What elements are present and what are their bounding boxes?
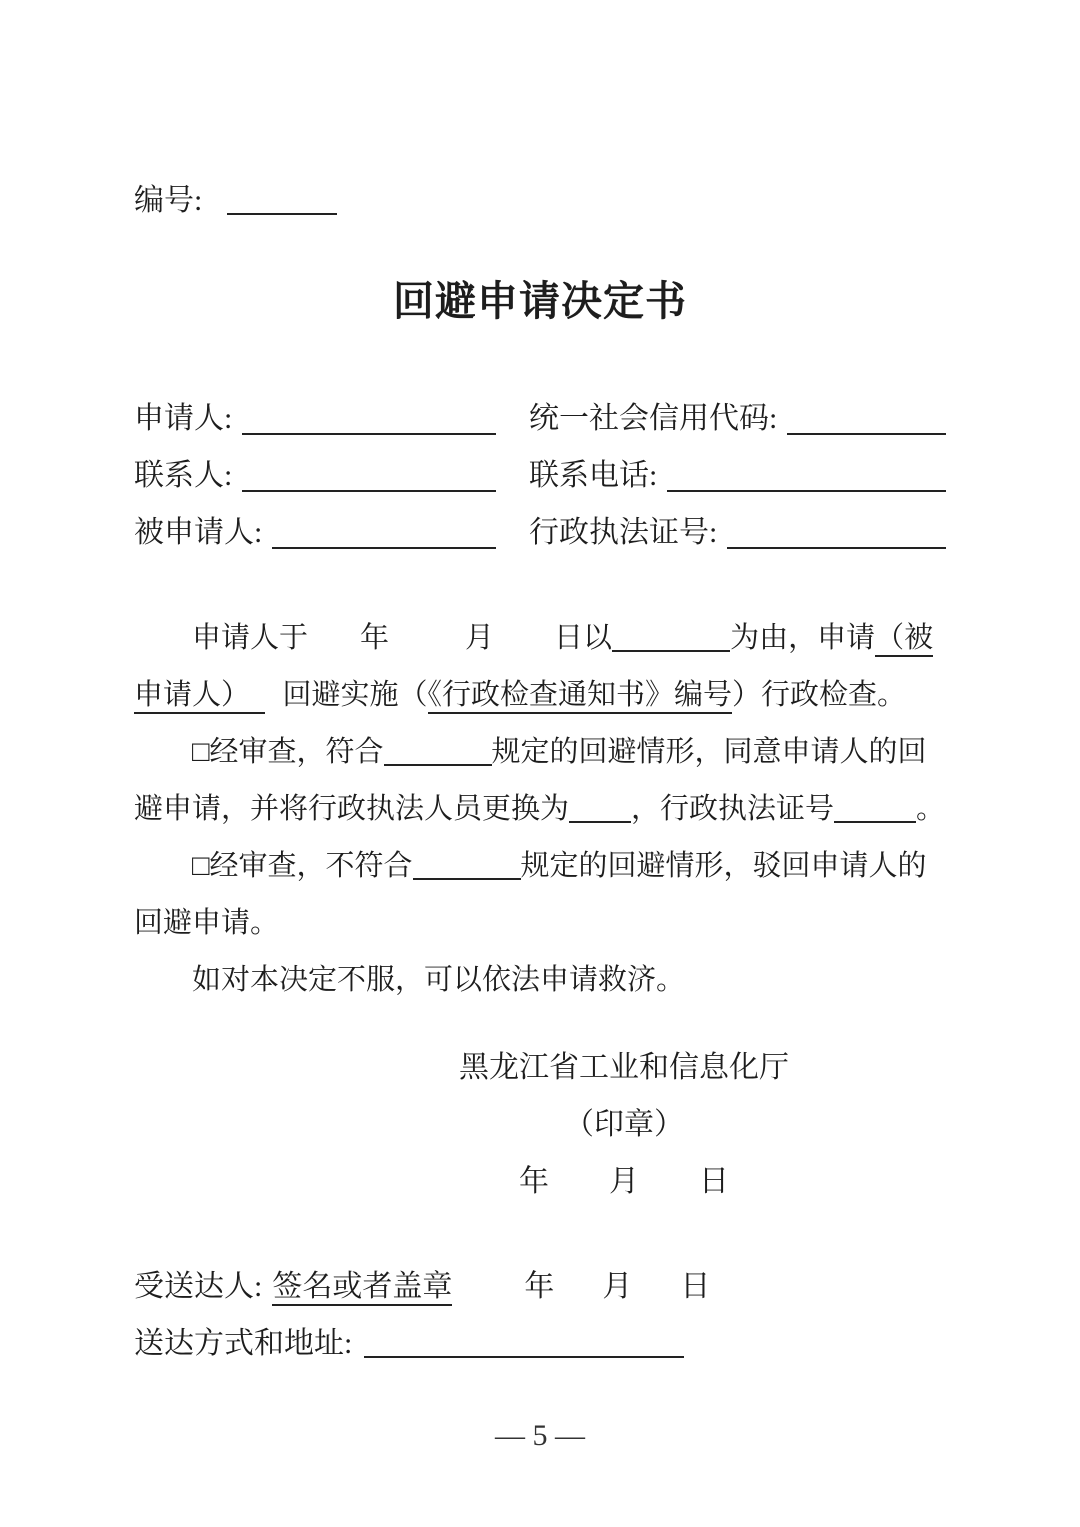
signature-block: 黑龙江省工业和信息化厅 （印章） 年 月 日 — [454, 1039, 794, 1210]
field-label: 联系人: — [134, 451, 232, 501]
body-line: 申请人） 回避实施（《行政检查通知书》编号）行政检查。 — [134, 667, 946, 724]
checkbox-icon: □ — [192, 850, 210, 882]
text-run: 月 — [465, 622, 494, 654]
field-underline — [727, 547, 946, 549]
checkbox-icon: □ — [192, 736, 210, 768]
doc-number-line: 编号: — [134, 183, 946, 219]
text-run: 申请人于 — [192, 622, 308, 654]
field-label: 统一社会信用代码: — [529, 394, 777, 444]
underlined-text: 签名或者盖章 — [272, 1270, 452, 1306]
header-fields: 申请人: 统一社会信用代码: 联系人: 联系电话: 被申请人: — [134, 387, 946, 558]
text-run: ，行政执法证号 — [631, 793, 834, 825]
text-run: 月 — [602, 1270, 632, 1303]
blank-underline — [834, 792, 916, 823]
underlined-text: （被 — [875, 622, 933, 657]
field-enforcement-cert: 行政执法证号: — [529, 508, 946, 558]
field-contact-phone: 联系电话: — [529, 451, 946, 501]
text-run: 规定的回避情形，驳回申请人的 — [521, 850, 927, 882]
issuing-agency: 黑龙江省工业和信息化厅 — [454, 1039, 794, 1096]
field-underline — [242, 433, 496, 435]
text-run: 年 — [524, 1270, 554, 1303]
field-underline — [272, 547, 496, 549]
text-run: 避申请，并将行政执法人员更换为 — [134, 793, 569, 825]
underlined-text: 《行政检查通知书》编号 — [428, 679, 733, 714]
blank-underline — [569, 792, 631, 823]
field-underline — [667, 490, 946, 492]
blank-underline — [384, 735, 492, 766]
text-run: 受送达人: — [134, 1270, 262, 1303]
delivery-address-line: 送达方式和地址: — [134, 1315, 946, 1372]
field-row: 联系人: 联系电话: — [134, 444, 946, 501]
page-number: — 5 — — [134, 1418, 946, 1454]
text-run: 日以 — [554, 622, 612, 654]
text-run: 回避实施（ — [283, 679, 428, 711]
field-respondent: 被申请人: — [134, 508, 496, 558]
doc-title: 回避申请决定书 — [134, 277, 946, 325]
text-run: 。 — [916, 793, 945, 825]
field-applicant: 申请人: — [134, 394, 496, 444]
body-line: 回避申请。 — [134, 895, 946, 952]
text-run: 如对本决定不服，可以依法申请救济。 — [192, 964, 685, 996]
field-row: 申请人: 统一社会信用代码: — [134, 387, 946, 444]
blank-underline — [612, 621, 730, 652]
signature-date: 年 月 日 — [454, 1153, 794, 1210]
text-run: 日 — [680, 1270, 710, 1303]
text-run: 规定的回避情形，同意申请人的回 — [492, 736, 927, 768]
body-line: 申请人于年月日以为由，申请（被 — [134, 610, 946, 667]
body-line: 避申请，并将行政执法人员更换为，行政执法证号。 — [134, 781, 946, 838]
field-underline — [242, 490, 496, 492]
decision-body: 申请人于年月日以为由，申请（被 申请人） 回避实施（《行政检查通知书》编号）行政… — [134, 610, 946, 1009]
underlined-text: 申请人） — [134, 679, 265, 714]
doc-number-label: 编号: — [134, 184, 202, 217]
text-run: 送达方式和地址: — [134, 1327, 352, 1360]
seal-placeholder: （印章） — [454, 1096, 794, 1153]
body-line: □经审查，符合规定的回避情形，同意申请人的回 — [134, 724, 946, 781]
text-run: 回避申请。 — [134, 907, 279, 939]
text-run: 为由，申请 — [730, 622, 875, 654]
field-label: 联系电话: — [529, 451, 657, 501]
delivery-recipient-line: 受送达人:签名或者盖章年月日 — [134, 1258, 946, 1315]
text-run: 经审查，符合 — [210, 736, 384, 768]
text-run: ）行政检查。 — [732, 679, 906, 711]
text-run: 经审查，不符合 — [210, 850, 413, 882]
text-run: 年 — [360, 622, 389, 654]
doc-number-blank — [227, 183, 337, 215]
document-page: 编号: 回避申请决定书 申请人: 统一社会信用代码: 联系人: 联系电话: — [0, 0, 1080, 1527]
delivery-section: 受送达人:签名或者盖章年月日 送达方式和地址: — [134, 1258, 946, 1372]
body-line: 如对本决定不服，可以依法申请救济。 — [134, 952, 946, 1009]
field-label: 申请人: — [134, 394, 232, 444]
blank-underline — [364, 1326, 684, 1358]
field-row: 被申请人: 行政执法证号: — [134, 501, 946, 558]
field-label: 行政执法证号: — [529, 508, 717, 558]
field-contact-person: 联系人: — [134, 451, 496, 501]
blank-underline — [413, 849, 521, 880]
field-credit-code: 统一社会信用代码: — [529, 394, 946, 444]
field-label: 被申请人: — [134, 508, 262, 558]
field-underline — [787, 433, 946, 435]
body-line: □经审查，不符合规定的回避情形，驳回申请人的 — [134, 838, 946, 895]
